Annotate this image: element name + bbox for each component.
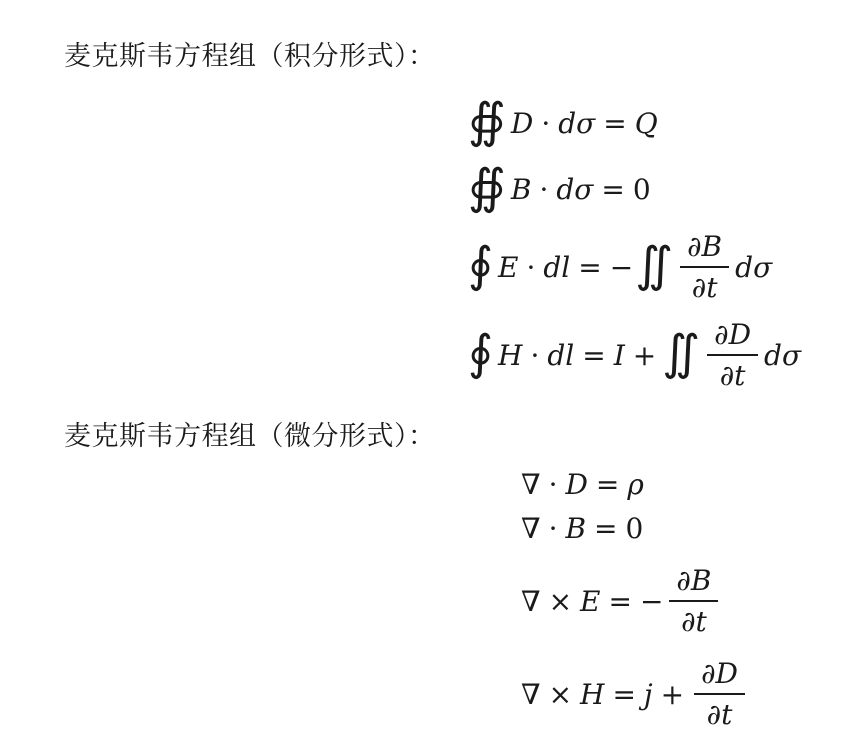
math-variable: ∂t: [718, 359, 748, 392]
equation-curl-e-differential: ∇×E=−∂B∂t: [519, 564, 722, 638]
fraction-denominator: ∂t: [685, 268, 725, 304]
math-variable: ∂D: [699, 657, 740, 690]
document-page: 麦克斯韦方程组（积分形式）： ∯D·dσ=Q ∯B·dσ=0 ∮E·dl=−∬∂…: [0, 0, 857, 744]
fraction: ∂D∂t: [694, 657, 745, 731]
math-variable: ρ: [625, 468, 645, 501]
integral-operator-symbol: ∮: [468, 329, 496, 377]
math-operator-symbol: ·: [520, 251, 541, 284]
math-variable: I: [612, 339, 627, 372]
math-operator-symbol: =: [590, 468, 625, 501]
math-variable: ∂D: [712, 318, 753, 351]
math-variable: D: [563, 468, 589, 501]
section-title-differential-form: 麦克斯韦方程组（微分形式）：: [64, 414, 436, 453]
math-operator-symbol: ·: [543, 512, 564, 545]
math-variable: dσ: [554, 173, 595, 206]
fraction: ∂B∂t: [669, 564, 718, 638]
math-symbol: 0: [631, 173, 653, 206]
math-symbol: ∇: [519, 468, 543, 501]
math-variable: j: [642, 678, 655, 711]
math-variable: ∂B: [674, 564, 713, 597]
math-symbol: 0: [624, 512, 646, 545]
equation-ampere-integral: ∮H·dl=I+∬∂D∂tdσ: [468, 318, 803, 392]
math-variable: ∂t: [705, 698, 735, 731]
fraction-denominator: ∂t: [713, 356, 753, 392]
integral-operator-symbol: ∬: [635, 241, 676, 289]
fraction-numerator: ∂D: [707, 318, 758, 356]
math-operator-symbol: =: [597, 107, 632, 140]
equation-divergence-d-differential: ∇·D=ρ: [519, 468, 646, 501]
math-symbol: ∇: [519, 678, 543, 711]
math-operator-symbol: ·: [533, 173, 554, 206]
equation-faraday-integral: ∮E·dl=−∬∂B∂tdσ: [468, 230, 774, 304]
math-symbol: −: [608, 251, 635, 284]
integral-operator-symbol: ∬: [662, 329, 703, 377]
integral-operator-symbol: ∯: [468, 163, 509, 211]
fraction-numerator: ∂D: [694, 657, 745, 695]
fraction-denominator: ∂t: [674, 602, 714, 638]
math-operator-symbol: =: [595, 173, 630, 206]
math-symbol: ∇: [519, 585, 543, 618]
math-operator-symbol: +: [627, 339, 662, 372]
math-operator-symbol: ·: [543, 468, 564, 501]
math-operator-symbol: =: [576, 339, 611, 372]
math-variable: ∂t: [679, 605, 709, 638]
equation-curl-h-differential: ∇×H=j+∂D∂t: [519, 657, 749, 731]
integral-operator-symbol: ∮: [468, 241, 496, 289]
equation-gauss-magnetic-integral: ∯B·dσ=0: [468, 165, 653, 213]
math-operator-symbol: =: [572, 251, 607, 284]
section-title-integral-form: 麦克斯韦方程组（积分形式）：: [64, 34, 436, 73]
math-operator-symbol: +: [655, 678, 690, 711]
math-operator-symbol: ·: [535, 107, 556, 140]
math-variable: ∂t: [690, 271, 720, 304]
math-operator-symbol: ×: [543, 678, 578, 711]
fraction: ∂D∂t: [707, 318, 758, 392]
equation-divergence-b-differential: ∇·B=0: [519, 512, 645, 545]
math-variable: ∂B: [685, 230, 724, 263]
equation-gauss-electric-integral: ∯D·dσ=Q: [468, 99, 660, 147]
math-variable: dl: [541, 251, 572, 284]
math-variable: H: [578, 678, 606, 711]
math-variable: dσ: [556, 107, 597, 140]
math-variable: E: [496, 251, 520, 284]
fraction: ∂B∂t: [680, 230, 729, 304]
integral-operator-symbol: ∯: [468, 97, 509, 145]
math-variable: D: [509, 107, 535, 140]
math-variable: H: [496, 339, 524, 372]
math-variable: E: [578, 585, 602, 618]
math-variable: dl: [545, 339, 576, 372]
math-operator-symbol: =: [588, 512, 623, 545]
math-operator-symbol: =: [602, 585, 637, 618]
math-variable: dσ: [762, 339, 803, 372]
math-operator-symbol: ·: [524, 339, 545, 372]
math-variable: B: [563, 512, 588, 545]
math-operator-symbol: ×: [543, 585, 578, 618]
fraction-numerator: ∂B: [669, 564, 718, 602]
fraction-numerator: ∂B: [680, 230, 729, 268]
fraction-denominator: ∂t: [700, 695, 740, 731]
math-symbol: ∇: [519, 512, 543, 545]
math-variable: B: [509, 173, 534, 206]
math-symbol: −: [638, 585, 665, 618]
math-variable: dσ: [733, 251, 774, 284]
math-variable: Q: [633, 107, 660, 140]
math-operator-symbol: =: [606, 678, 641, 711]
